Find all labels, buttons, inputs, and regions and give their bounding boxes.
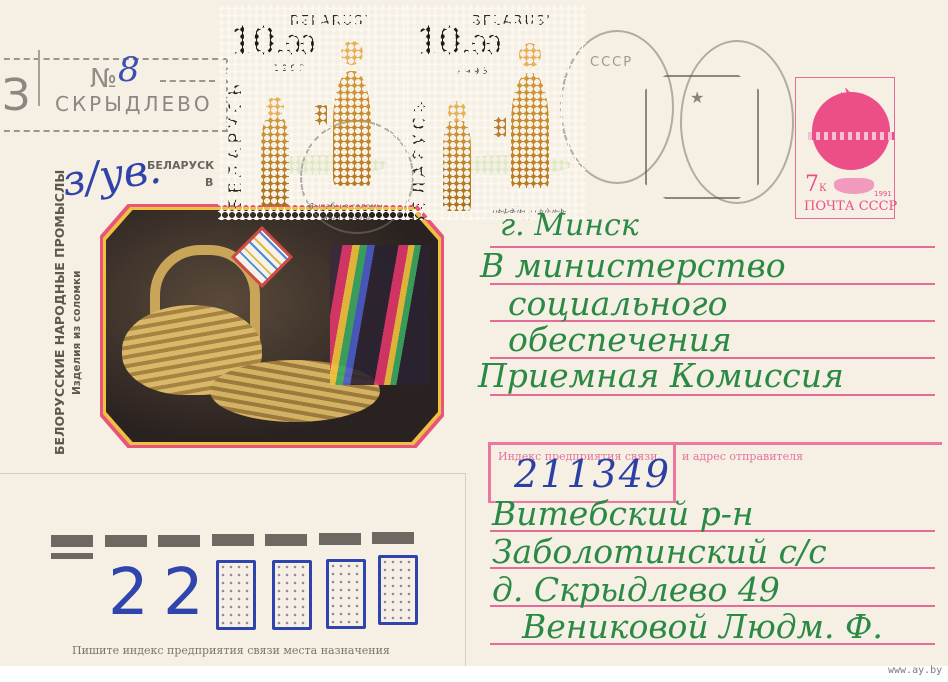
sender-line-2: Заболотинский с/с: [492, 532, 827, 571]
recipient-line-1: г. Минск: [500, 208, 639, 243]
stamp-year: 1993: [456, 67, 491, 77]
bucket: [315, 105, 327, 125]
recipient-line-5: Приемная Комиссия: [478, 356, 844, 395]
postcode-bar: [158, 535, 200, 547]
registration-number-label: №: [90, 64, 118, 94]
recipient-line-4: обеспечения: [508, 320, 732, 359]
stamp-country-cyrillic: БЕЛАРУСЬ: [410, 96, 430, 227]
illustration-caption: БЕЛОРУССКИЕ НАРОДНЫЕ ПРОМЫСЛЫ Изделия из…: [52, 170, 83, 455]
indicia-name: ПОЧТА СССР: [804, 199, 897, 214]
registration-dash: [160, 80, 215, 82]
stamp-country-latin: BELARUS': [472, 14, 552, 29]
postcode-bar: [372, 532, 414, 544]
star-icon: ★: [690, 88, 704, 107]
airplane-icon: ✈: [840, 85, 855, 106]
postcode-bar: [51, 553, 93, 559]
bucket: [494, 117, 506, 137]
doll-head: [341, 41, 363, 65]
postcode-bar: [319, 533, 361, 545]
stamp: 10.00 BELARUS' 1993 БЕЛАРУСЬ Вырабы з са…: [404, 5, 586, 220]
partial-header: БЕЛАРУСК: [147, 159, 214, 172]
postcode-bar: [265, 534, 307, 546]
divider-horizontal: [0, 473, 465, 474]
postcode-digit-box: [378, 555, 418, 625]
caption-line-2: Изделия из соломки: [71, 170, 83, 395]
postcode-digit: 2: [163, 556, 204, 630]
registration-number: 8: [118, 50, 140, 90]
caption-line-1: БЕЛОРУССКИЕ НАРОДНЫЕ ПРОМЫСЛЫ: [52, 170, 67, 455]
sender-line-3: д. Скрыдлево 49: [492, 570, 780, 609]
doll-head: [448, 101, 466, 121]
postcode-bar: [51, 535, 93, 547]
woven-textile: [330, 245, 430, 385]
stamp-country-latin: BELARUS': [290, 14, 370, 29]
watermark: www.ay.by: [888, 665, 942, 676]
sender-address-label: и адрес отправителя: [682, 450, 803, 463]
postcode-digit-box: [216, 560, 256, 630]
postcode-digit-box: [272, 560, 312, 630]
registration-prefix: З: [2, 70, 30, 121]
postcode-hint: Пишите индекс предприятия связи места на…: [72, 644, 390, 657]
straw-doll-child: [443, 121, 471, 211]
postcode-digit-box: [326, 559, 366, 629]
straw-doll-mother: [511, 73, 549, 188]
indicia-year: 1991: [874, 190, 892, 198]
straw-doll-mother: [333, 71, 371, 186]
registration-town: СКРЫДЛЕВО: [55, 92, 213, 116]
stamp-country-cyrillic: БЕЛАРУСЬ: [226, 79, 246, 210]
sender-address-line-top: [670, 442, 942, 445]
postmark-text: СССР: [590, 55, 633, 70]
straw-doll-child: [261, 117, 289, 207]
indicia-value: 7К: [805, 172, 827, 197]
ship-icon: [808, 132, 894, 140]
stamp-year: 1993: [273, 64, 308, 74]
recipient-line-3: социального: [508, 284, 727, 323]
stamp: 10.00 BELARUS' 1993 БЕЛАРУСЬ Вырабы з са…: [218, 5, 408, 220]
crest-icon: [834, 178, 874, 194]
sender-line-1: Витебский р-н: [492, 494, 754, 533]
doll-head: [519, 43, 541, 67]
postcode-bar: [212, 534, 254, 546]
divider-vertical: [465, 473, 466, 673]
postcode-digit: 2: [108, 556, 149, 630]
recipient-line-2: В министерство: [480, 246, 786, 285]
postcode-bar: [105, 535, 147, 547]
envelope: З № 8 СКРЫДЛЕВО з/ув. БЕЛАРУСК В БЕЛОРУС…: [0, 0, 948, 682]
partial-header-second: В: [205, 176, 213, 189]
sender-index: 211349: [514, 452, 671, 496]
doll-head: [266, 97, 284, 117]
sender-line-4: Вениковой Людм. Ф.: [522, 607, 883, 646]
